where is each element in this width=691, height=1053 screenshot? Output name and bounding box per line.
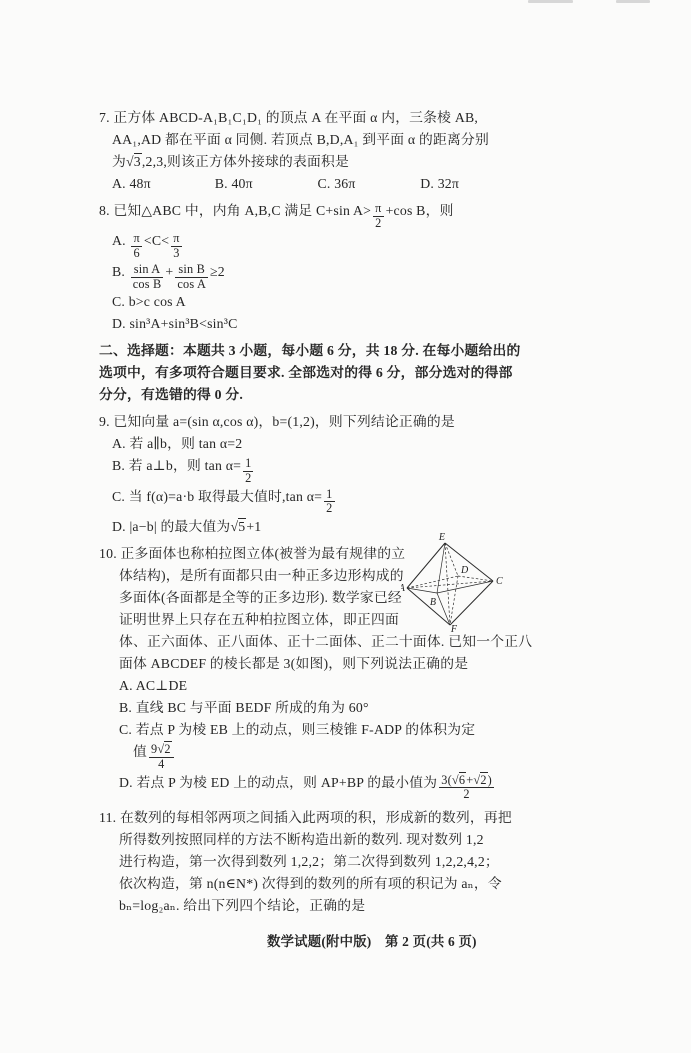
text-run: π [375,201,381,215]
vertex-label-E: E [438,532,445,543]
text-run: +cos B，则 [386,203,454,218]
question-9: 9. 已知向量 a=(sin α,cos α)，b=(1,2)，则下列结论正确的… [99,411,523,538]
text-run: 1 [326,487,332,501]
text-run: 8. 已知△ABC 中，内角 A,B,C 满足 C+sin A> [99,203,371,218]
text-line: D. sin³A+sin³B<sin³C [99,313,523,335]
numerator: 1 [324,488,334,503]
page-footer: 数学试题(附中版) 第 2 页(共 6 页) [99,931,523,953]
text-run: 体、正六面体、正八面体、正十二面体、正二十面体. 已知一个正八 [119,634,532,649]
radical-symbol: √ [126,154,134,169]
radicand: 2 [164,741,171,756]
text-run: 3 [173,246,179,260]
option-label: D. 32π [420,173,523,195]
text-run: cos B [133,277,162,291]
text-line: 分分，有选错的得 0 分. [99,384,523,406]
denominator: 2 [373,217,383,231]
sqrt-expression: √2 [157,741,171,756]
text-run: +1 [246,519,261,534]
scanned-exam-page: { "page": { "footer": "数学试题(附中版) 第 2 页(共… [0,0,691,1053]
text-run: 所得数列按照同样的方法不断构造出新的数列. 现对数列 1,2 [119,832,484,847]
text-run: D. |a−b| 的最大值为 [112,519,230,534]
text-run: 为 [112,154,126,169]
text-line: 进行构造，第一次得到数列 1,2,2；第二次得到数列 1,2,2,4,2； [99,851,523,873]
text-run: 1 [245,456,251,470]
text-run: D. 若点 P 为棱 ED 上的动点，则 AP+BP 的最小值为 [119,775,437,790]
text-line: AA₁,AD 都在平面 α 同侧. 若顶点 B,D,A₁ 到平面 α 的距离分别 [99,129,523,151]
fraction: sin Acos B [131,263,164,292]
option-label: C. 36π [318,173,421,195]
text-run: 4 [158,757,164,771]
numerator: π [171,232,181,247]
text-run: 2 [326,501,332,515]
question-7: 7. 正方体 ABCD-A₁B₁C₁D₁ 的顶点 A 在平面 α 内，三条棱 A… [99,107,523,195]
text-run: ≥2 [210,264,225,279]
text-run: 依次构造，第 n(n∈N*) 次得到的数列的所有项的积记为 aₙ，令 [119,876,502,891]
question-10: 10. 正多面体也称柏拉图立体(被誉为最有规律的立体结构)，是所有面都只由一种正… [99,543,523,802]
fraction: 12 [324,488,334,517]
text-run: B. 直线 BC 与平面 BEDF 所成的角为 60° [119,700,369,715]
text-run: <C< [144,233,169,248]
fraction: 9√24 [149,743,174,772]
text-run: 3( [441,773,452,787]
text-line: D. 若点 P 为棱 ED 上的动点，则 AP+BP 的最小值为3(√6+√2)… [99,772,523,802]
text-run: ,2,3,则该正方体外接球的表面积是 [142,154,349,169]
text-run: 7. 正方体 ABCD-A₁B₁C₁D₁ 的顶点 A 在平面 α 内，三条棱 A… [99,110,478,125]
text-line: 二、选择题：本题共 3 小题，每小题 6 分，共 18 分. 在每小题给出的 [99,340,523,362]
text-line: 所得数列按照同样的方法不断构造出新的数列. 现对数列 1,2 [99,829,523,851]
text-run: 9. 已知向量 a=(sin α,cos α)，b=(1,2)，则下列结论正确的… [99,414,455,429]
sqrt-expression: √6 [452,772,466,787]
text-run: 面体 ABCDEF 的棱长都是 3(如图)，则下列说法正确的是 [119,656,468,671]
scan-artifact [528,0,573,3]
numerator: π [373,202,383,217]
text-line: 8. 已知△ABC 中，内角 A,B,C 满足 C+sin A>π2+cos B… [99,200,523,230]
denominator: 6 [131,247,141,261]
question-11: 11. 在数列的每相邻两项之间插入此两项的积，形成新的数列，再把所得数列按照同样… [99,807,523,917]
numerator: π [131,232,141,247]
text-run: B. [112,264,129,279]
text-line: 面体 ABCDEF 的棱长都是 3(如图)，则下列说法正确的是 [99,653,523,675]
text-run: sin A [134,262,161,276]
text-run: sin B [178,262,205,276]
text-line: 值9√24 [99,741,523,771]
sqrt-expression: √2 [473,772,487,787]
fraction: 3(√6+√2)2 [439,774,494,803]
radical-symbol: √ [452,773,459,787]
text-run: A. [112,233,129,248]
denominator: 4 [149,758,174,772]
numerator: 9√2 [149,743,174,758]
fraction: 12 [243,457,253,486]
text-line: A. π6<C<π3 [99,230,523,260]
text-run: 分分，有选错的得 0 分. [99,387,243,402]
sqrt-expression: √3 [126,153,142,169]
sqrt-expression: √5 [230,518,246,534]
text-line: 体、正六面体、正八面体、正十二面体、正二十面体. 已知一个正八 [99,631,523,653]
text-line: bₙ=log₂aₙ. 给出下列四个结论，正确的是 [99,895,523,917]
text-run: 11. 在数列的每相邻两项之间插入此两项的积，形成新的数列，再把 [99,810,512,825]
text-run: C. 若点 P 为棱 EB 上的动点，则三棱锥 F-ADP 的体积为定 [119,722,475,737]
text-run: D. sin³A+sin³B<sin³C [112,316,238,331]
text-line: C. 当 f(α)=a·b 取得最大值时,tan α=12 [99,486,523,516]
text-run: B. 若 a⊥b，则 tan α= [112,458,241,473]
option-label: A. 48π [112,173,215,195]
text-line: 依次构造，第 n(n∈N*) 次得到的数列的所有项的积记为 aₙ，令 [99,873,523,895]
numerator: 3(√6+√2) [439,774,494,789]
text-run: 10. 正多面体也称柏拉图立体(被誉为最有规律的立 [99,546,405,561]
fraction: π2 [373,202,383,231]
text-run: 2 [375,216,381,230]
text-run: 证明世界上只存在五种柏拉图立体，即正四面 [119,612,399,627]
fraction: π6 [131,232,141,261]
fraction: sin Bcos A [175,263,208,292]
text-line: 为√3,2,3,则该正方体外接球的表面积是 [99,151,523,173]
numerator: 1 [243,457,253,472]
text-run: 2 [245,471,251,485]
text-line: B. sin Acos B+sin Bcos A≥2 [99,261,523,291]
section-2-instructions: 二、选择题：本题共 3 小题，每小题 6 分，共 18 分. 在每小题给出的选项… [99,340,523,406]
octahedron-figure-wrap: E A C F D B [401,531,507,633]
text-line: A. AC⊥DE [99,675,523,697]
text-line: B. 直线 BC 与平面 BEDF 所成的角为 60° [99,697,523,719]
denominator: 2 [439,788,494,802]
vertex-label-C: C [496,576,503,587]
vertex-label-D: D [460,565,469,576]
text-line: C. 若点 P 为棱 EB 上的动点，则三棱锥 F-ADP 的体积为定 [99,719,523,741]
text-run: A. 若 a∥b，则 tan α=2 [112,436,242,451]
denominator: 2 [243,472,253,486]
text-run: 进行构造，第一次得到数列 1,2,2；第二次得到数列 1,2,2,4,2； [119,854,499,869]
exam-page-content: 7. 正方体 ABCD-A₁B₁C₁D₁ 的顶点 A 在平面 α 内，三条棱 A… [99,107,523,953]
denominator: cos A [175,278,208,292]
radicand: 3 [134,153,142,169]
numerator: sin B [175,263,208,278]
text-run: C. b>c cos A [112,294,186,309]
text-line: 选项中，有多项符合题目要求. 全部选对的得 6 分，部分选对的得部 [99,362,523,384]
text-run: π [133,231,139,245]
text-run: 多面体(各面都是全等的正多边形). 数学家已经 [119,590,402,605]
text-run: cos A [177,277,206,291]
text-line: 7. 正方体 ABCD-A₁B₁C₁D₁ 的顶点 A 在平面 α 内，三条棱 A… [99,107,523,129]
text-run: 值 [133,744,147,759]
numerator: sin A [131,263,164,278]
text-run: 体结构)，是所有面都只由一种正多边形构成的 [119,568,404,583]
text-line: A. 48πB. 40πC. 36πD. 32π [99,173,523,195]
text-line: 9. 已知向量 a=(sin α,cos α)，b=(1,2)，则下列结论正确的… [99,411,523,433]
denominator: 3 [171,247,181,261]
text-line: B. 若 a⊥b，则 tan α=12 [99,455,523,485]
text-run: + [165,264,173,279]
text-run: ) [488,773,492,787]
vertex-label-F: F [450,624,458,633]
text-line: 11. 在数列的每相邻两项之间插入此两项的积，形成新的数列，再把 [99,807,523,829]
text-line: C. b>c cos A [99,291,523,313]
question-8: 8. 已知△ABC 中，内角 A,B,C 满足 C+sin A>π2+cos B… [99,200,523,335]
text-run: A. AC⊥DE [119,678,187,693]
vertex-label-A: A [401,583,406,594]
text-run: AA₁,AD 都在平面 α 同侧. 若顶点 B,D,A₁ 到平面 α 的距离分别 [112,132,489,147]
fraction: π3 [171,232,181,261]
text-line: A. 若 a∥b，则 tan α=2 [99,433,523,455]
text-run: 二、选择题：本题共 3 小题，每小题 6 分，共 18 分. 在每小题给出的 [99,343,521,358]
text-run: 2 [463,787,469,801]
text-run: bₙ=log₂aₙ. 给出下列四个结论，正确的是 [119,898,365,913]
vertex-label-B: B [430,597,436,608]
scan-artifact [616,0,650,3]
text-run: 选项中，有多项符合题目要求. 全部选对的得 6 分，部分选对的得部 [99,365,513,380]
denominator: 2 [324,502,334,516]
option-label: B. 40π [215,173,318,195]
denominator: cos B [131,278,164,292]
text-run: π [173,231,179,245]
octahedron-figure: E A C F D B [401,531,507,633]
text-run: C. 当 f(α)=a·b 取得最大值时,tan α= [112,489,322,504]
radicand: 2 [480,772,487,787]
text-run: 6 [134,246,140,260]
